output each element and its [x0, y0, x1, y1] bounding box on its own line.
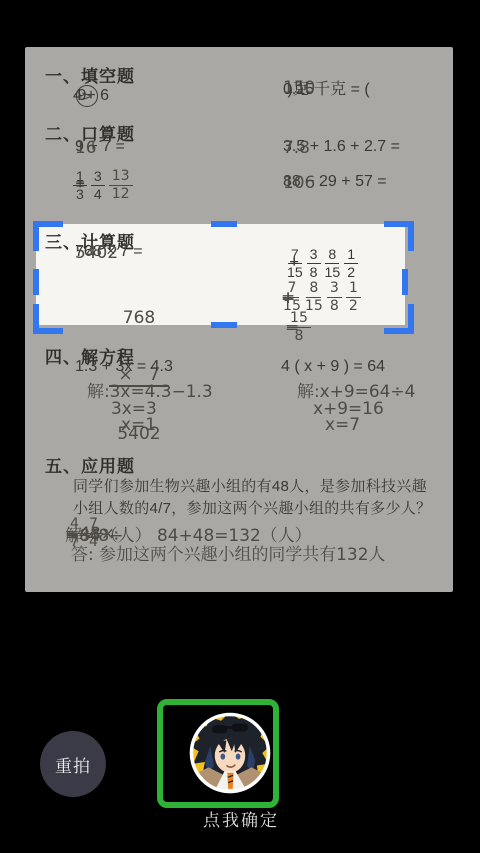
selection-corner-bottom-left[interactable] [33, 304, 63, 334]
problem-line: 715 + 38 + 815 + 12 [285, 247, 360, 280]
mascot-avatar[interactable] [187, 710, 273, 796]
captured-photo: 一、填空题 4 + 6 > 9 0.15千克 = ( 150 )克 二、口算题 … [25, 47, 453, 592]
sunglasses [232, 723, 248, 731]
selection-handle-bottom[interactable] [211, 322, 237, 328]
selection-corner-top-right[interactable] [384, 221, 414, 251]
word-problem-line: 小组人数的4/7，参加这两个兴趣小组的共有多少人？ [73, 497, 431, 518]
sunglasses [212, 725, 227, 733]
selection-handle-left[interactable] [33, 269, 39, 295]
camera-capture-screen: { "colors": { "accent_blue": "#3377f0", … [0, 0, 480, 853]
section5-heading: 五、应用题 [45, 452, 135, 477]
selection-corner-bottom-right[interactable] [384, 304, 414, 334]
selection-handle-top[interactable] [211, 221, 237, 227]
problem-line: 4 + 6 > 9 [73, 85, 101, 107]
handwritten-line: = 158 [285, 311, 313, 344]
selection-corner-top-left[interactable] [33, 221, 63, 251]
confirm-hint-label: 点我确定 [161, 806, 321, 831]
vert-multiplicand: 768 [109, 309, 169, 328]
selection-handle-right[interactable] [402, 269, 408, 295]
handwritten-line: = 715+815+ 38+12 [281, 281, 363, 314]
problem-line: 13 + 34 = 1312 [71, 169, 135, 202]
retake-button[interactable]: 重拍 [40, 731, 106, 797]
word-problem-line: 同学们参加生物兴趣小组的有48人，是参加科技兴趣 [73, 475, 427, 496]
section1-heading: 一、填空题 [45, 62, 135, 87]
